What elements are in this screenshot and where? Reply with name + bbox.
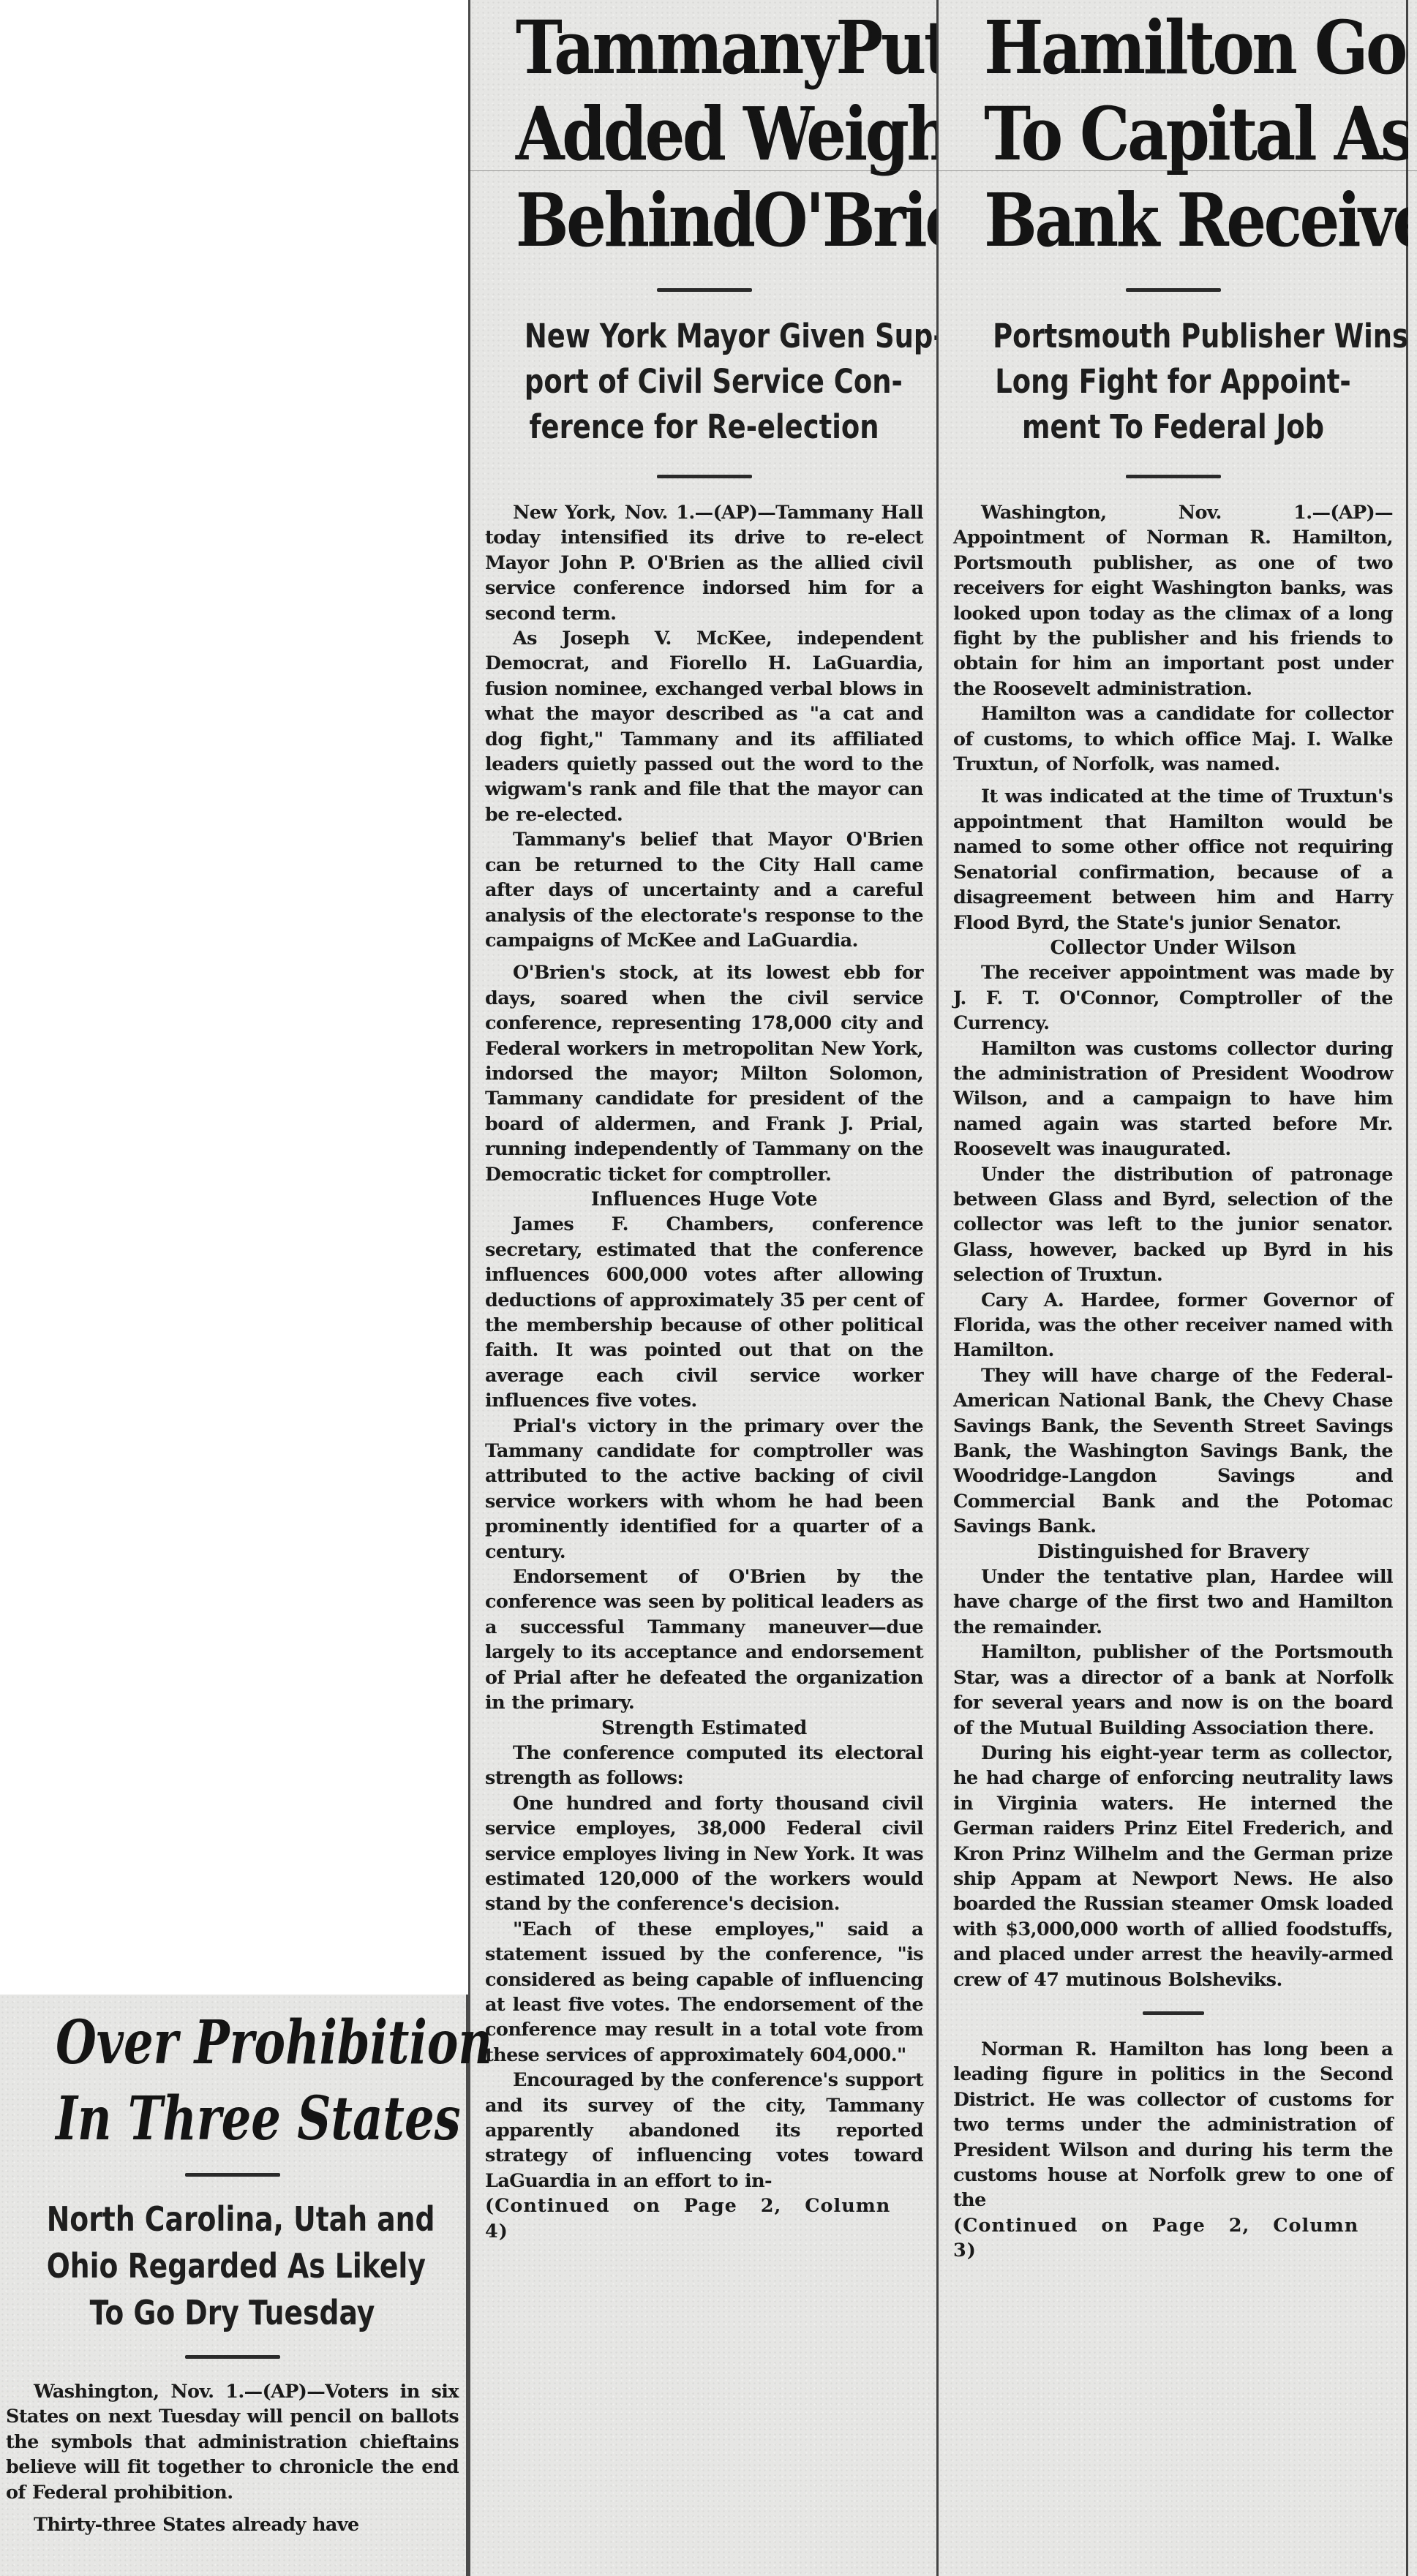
body-prohibition: Washington, Nov. 1.—(AP)—Voters in six S… xyxy=(6,2379,459,2537)
paragraph: Tammany's belief that Mayor O'Brien can … xyxy=(485,827,923,953)
paragraph: The receiver appointment was made by J. … xyxy=(953,960,1393,1036)
headline-hamilton: Hamilton Goes To Capital As Bank Receive… xyxy=(984,0,1362,263)
divider xyxy=(185,2355,280,2359)
paragraph: Under the tentative plan, Hardee will ha… xyxy=(953,1564,1393,1640)
divider xyxy=(1126,475,1221,478)
paragraph: "Each of these employes," said a stateme… xyxy=(485,1917,923,2068)
paragraph: It was indicated at the time of Truxtun'… xyxy=(953,784,1393,935)
divider xyxy=(1126,288,1221,292)
paragraph: Hamilton was customs collector during th… xyxy=(953,1036,1393,1162)
paragraph: Prial's victory in the primary over the … xyxy=(485,1414,923,1564)
deck-hamilton: Portsmouth Publisher Wins Long Fight for… xyxy=(993,314,1353,450)
paragraph: As Joseph V. McKee, independent Democrat… xyxy=(485,626,923,827)
continuation-note: (Continued on Page 2, Column 3) xyxy=(953,2213,1393,2264)
paragraph: New York, Nov. 1.—(AP)—Tammany Hall toda… xyxy=(485,500,923,626)
paragraph: Hamilton was a candidate for collector o… xyxy=(953,701,1393,777)
article-hamilton: Hamilton Goes To Capital As Bank Receive… xyxy=(936,0,1408,2576)
subheading: Collector Under Wilson xyxy=(953,935,1393,960)
paragraph: Thirty-three States already have xyxy=(6,2512,459,2537)
body-hamilton: Washington, Nov. 1.—(AP)—Appointment of … xyxy=(953,500,1393,2264)
headline-prohibition: Over Prohibition In Three States xyxy=(56,1995,409,2157)
divider xyxy=(185,2173,280,2177)
divider xyxy=(657,475,752,478)
subheading: Distinguished for Bravery xyxy=(953,1540,1393,1564)
subheading: Influences Huge Vote xyxy=(485,1187,923,1212)
paragraph: Washington, Nov. 1.—(AP)—Appointment of … xyxy=(953,500,1393,701)
paragraph: James F. Chambers, conference secretary,… xyxy=(485,1212,923,1413)
subheading: Strength Estimated xyxy=(485,1716,923,1741)
paragraph: Hamilton, publisher of the Portsmouth St… xyxy=(953,1640,1393,1741)
body-tammany: New York, Nov. 1.—(AP)—Tammany Hall toda… xyxy=(485,500,923,2244)
divider xyxy=(657,288,752,292)
continuation-note: (Continued on Page 2, Column 4) xyxy=(485,2193,923,2244)
paragraph: Encouraged by the conference's support a… xyxy=(485,2068,923,2193)
paragraph: Cary A. Hardee, former Governor of Flori… xyxy=(953,1288,1393,1363)
paragraph: Endorsement of O'Brien by the conference… xyxy=(485,1564,923,1715)
deck-tammany: New York Mayor Given Sup- port of Civil … xyxy=(525,314,884,450)
paragraph: Under the distribution of patronage betw… xyxy=(953,1162,1393,1288)
paragraph: Washington, Nov. 1.—(AP)—Voters in six S… xyxy=(6,2379,459,2505)
paragraph: During his eight-year term as collector,… xyxy=(953,1741,1393,1992)
article-tammany: TammanyPuts Added Weight BehindO'Brien N… xyxy=(468,0,936,2576)
paragraph: O'Brien's stock, at its lowest ebb for d… xyxy=(485,960,923,1187)
divider xyxy=(1143,2011,1204,2015)
deck-prohibition: North Carolina, Utah and Ohio Regarded A… xyxy=(47,2196,418,2336)
paragraph: Norman R. Hamilton has long been a leadi… xyxy=(953,2037,1393,2213)
paper-fold-line xyxy=(468,170,1417,171)
paragraph: The conference computed its electoral st… xyxy=(485,1741,923,1791)
paragraph: They will have charge of the Federal-Ame… xyxy=(953,1363,1393,1540)
paragraph: One hundred and forty thousand civil ser… xyxy=(485,1791,923,1917)
headline-tammany: TammanyPuts Added Weight BehindO'Brien xyxy=(516,0,892,263)
adjacent-column-edge xyxy=(1408,0,1417,2576)
article-prohibition: Over Prohibition In Three States North C… xyxy=(0,1995,468,2576)
